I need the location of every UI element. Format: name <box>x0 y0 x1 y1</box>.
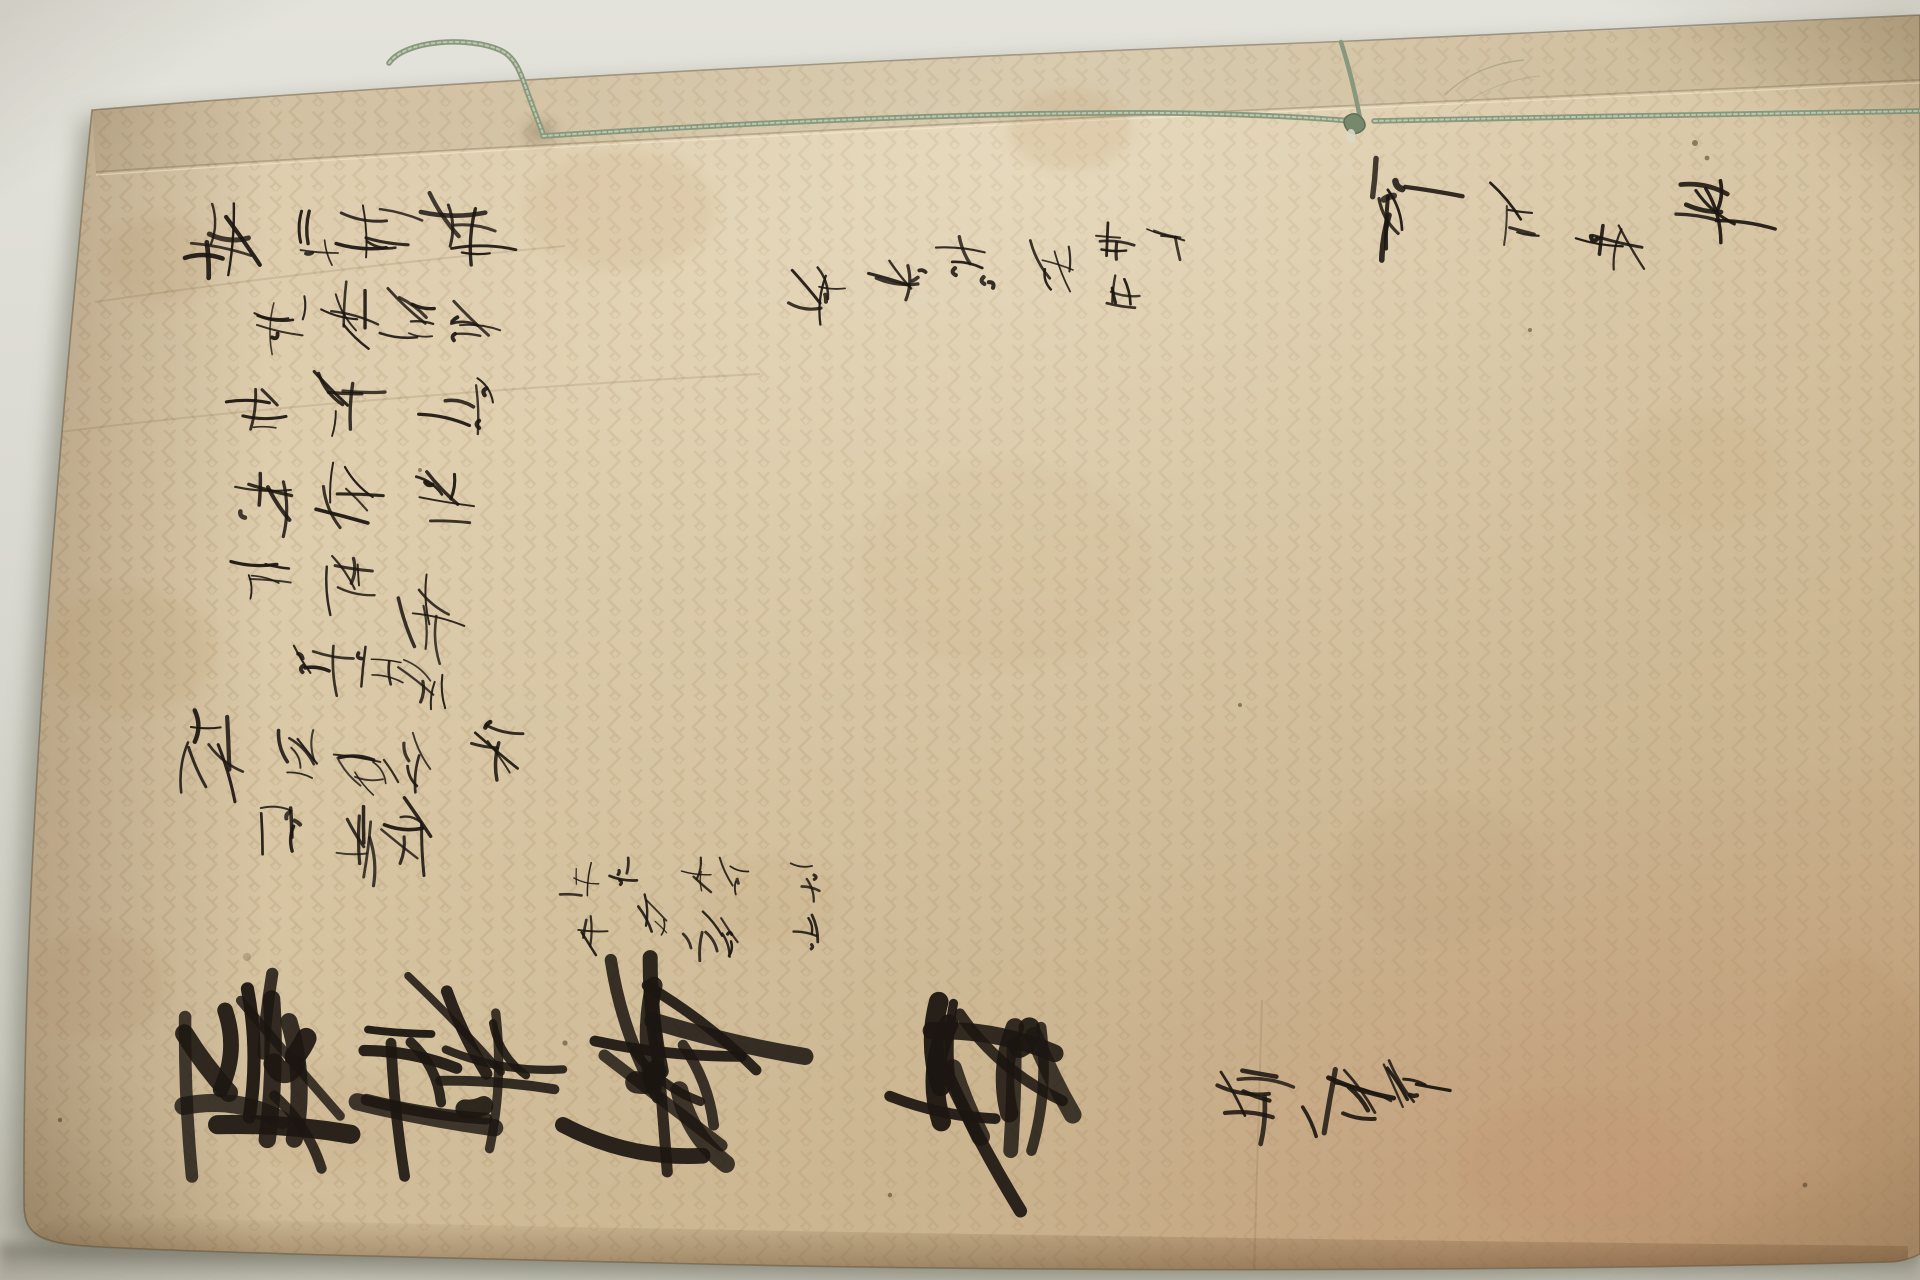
photo-vignette <box>0 0 1920 1280</box>
photo-of-antique-book <box>0 0 1920 1280</box>
book-scene <box>0 0 1920 1280</box>
